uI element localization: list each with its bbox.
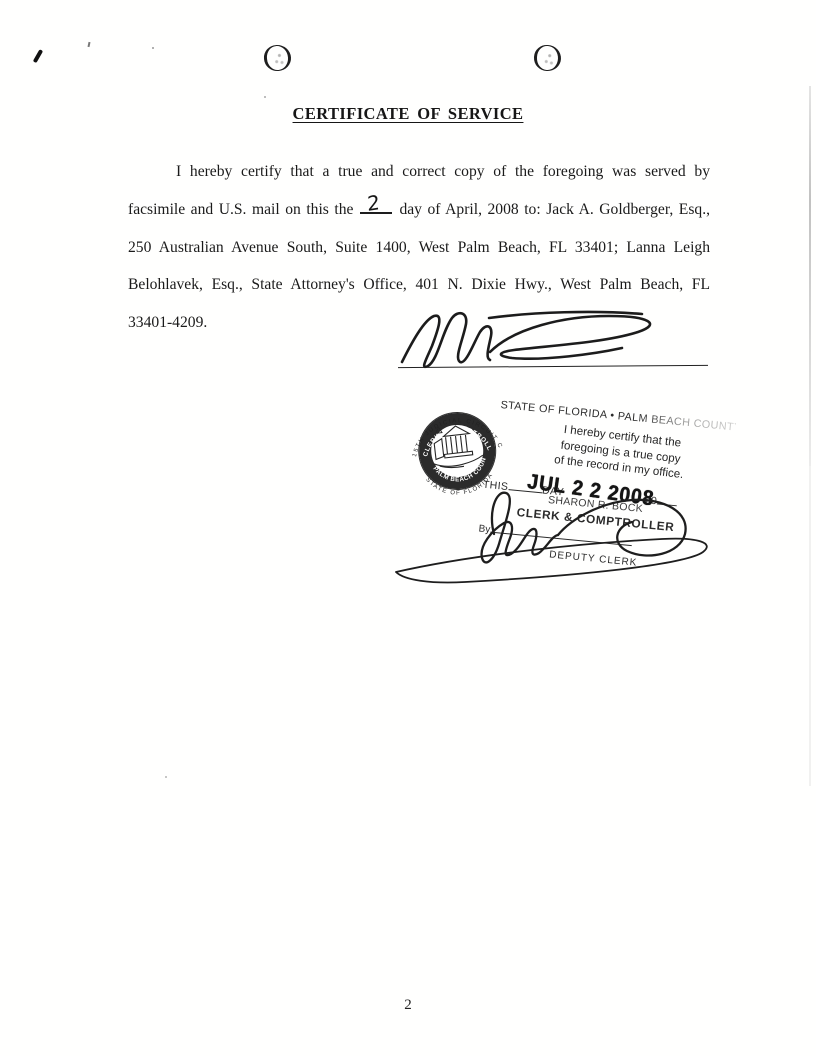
paragraph-line: Belohlavek, Esq., State Attorney's Offic… — [128, 266, 710, 304]
deputy-clerk-signature — [390, 488, 726, 592]
page-number: 2 — [0, 997, 816, 1014]
day-blank-line: 2 — [360, 200, 392, 214]
scan-artifact-tick — [88, 42, 91, 47]
handwritten-day: 2 — [367, 192, 381, 214]
scan-artifact-slash — [33, 49, 43, 63]
paragraph-line: facsimile and U.S. mail on this the2day … — [128, 191, 710, 229]
scan-artifact-edge-line — [809, 466, 811, 786]
title-row: CERTIFICATE OF SERVICE — [0, 104, 816, 124]
paragraph-line: 250 Australian Avenue South, Suite 1400,… — [128, 229, 710, 267]
scan-artifact-edge-line — [809, 86, 811, 466]
scanned-document-page: CERTIFICATE OF SERVICE I hereby certify … — [0, 0, 816, 1056]
scan-artifact-dot — [165, 776, 167, 778]
paragraph-text: day of April, 2008 to: Jack A. Goldberge… — [399, 201, 710, 218]
hole-punch-mark — [533, 44, 561, 71]
paragraph-line: I hereby certify that a true and correct… — [128, 153, 710, 191]
paragraph-text: facsimile and U.S. mail on this the — [128, 201, 353, 218]
scan-artifact-dot — [264, 96, 266, 98]
scan-artifact-dot — [152, 47, 154, 49]
page-title: CERTIFICATE OF SERVICE — [293, 104, 524, 123]
attorney-signature — [394, 308, 716, 372]
hole-punch-mark — [263, 44, 292, 72]
